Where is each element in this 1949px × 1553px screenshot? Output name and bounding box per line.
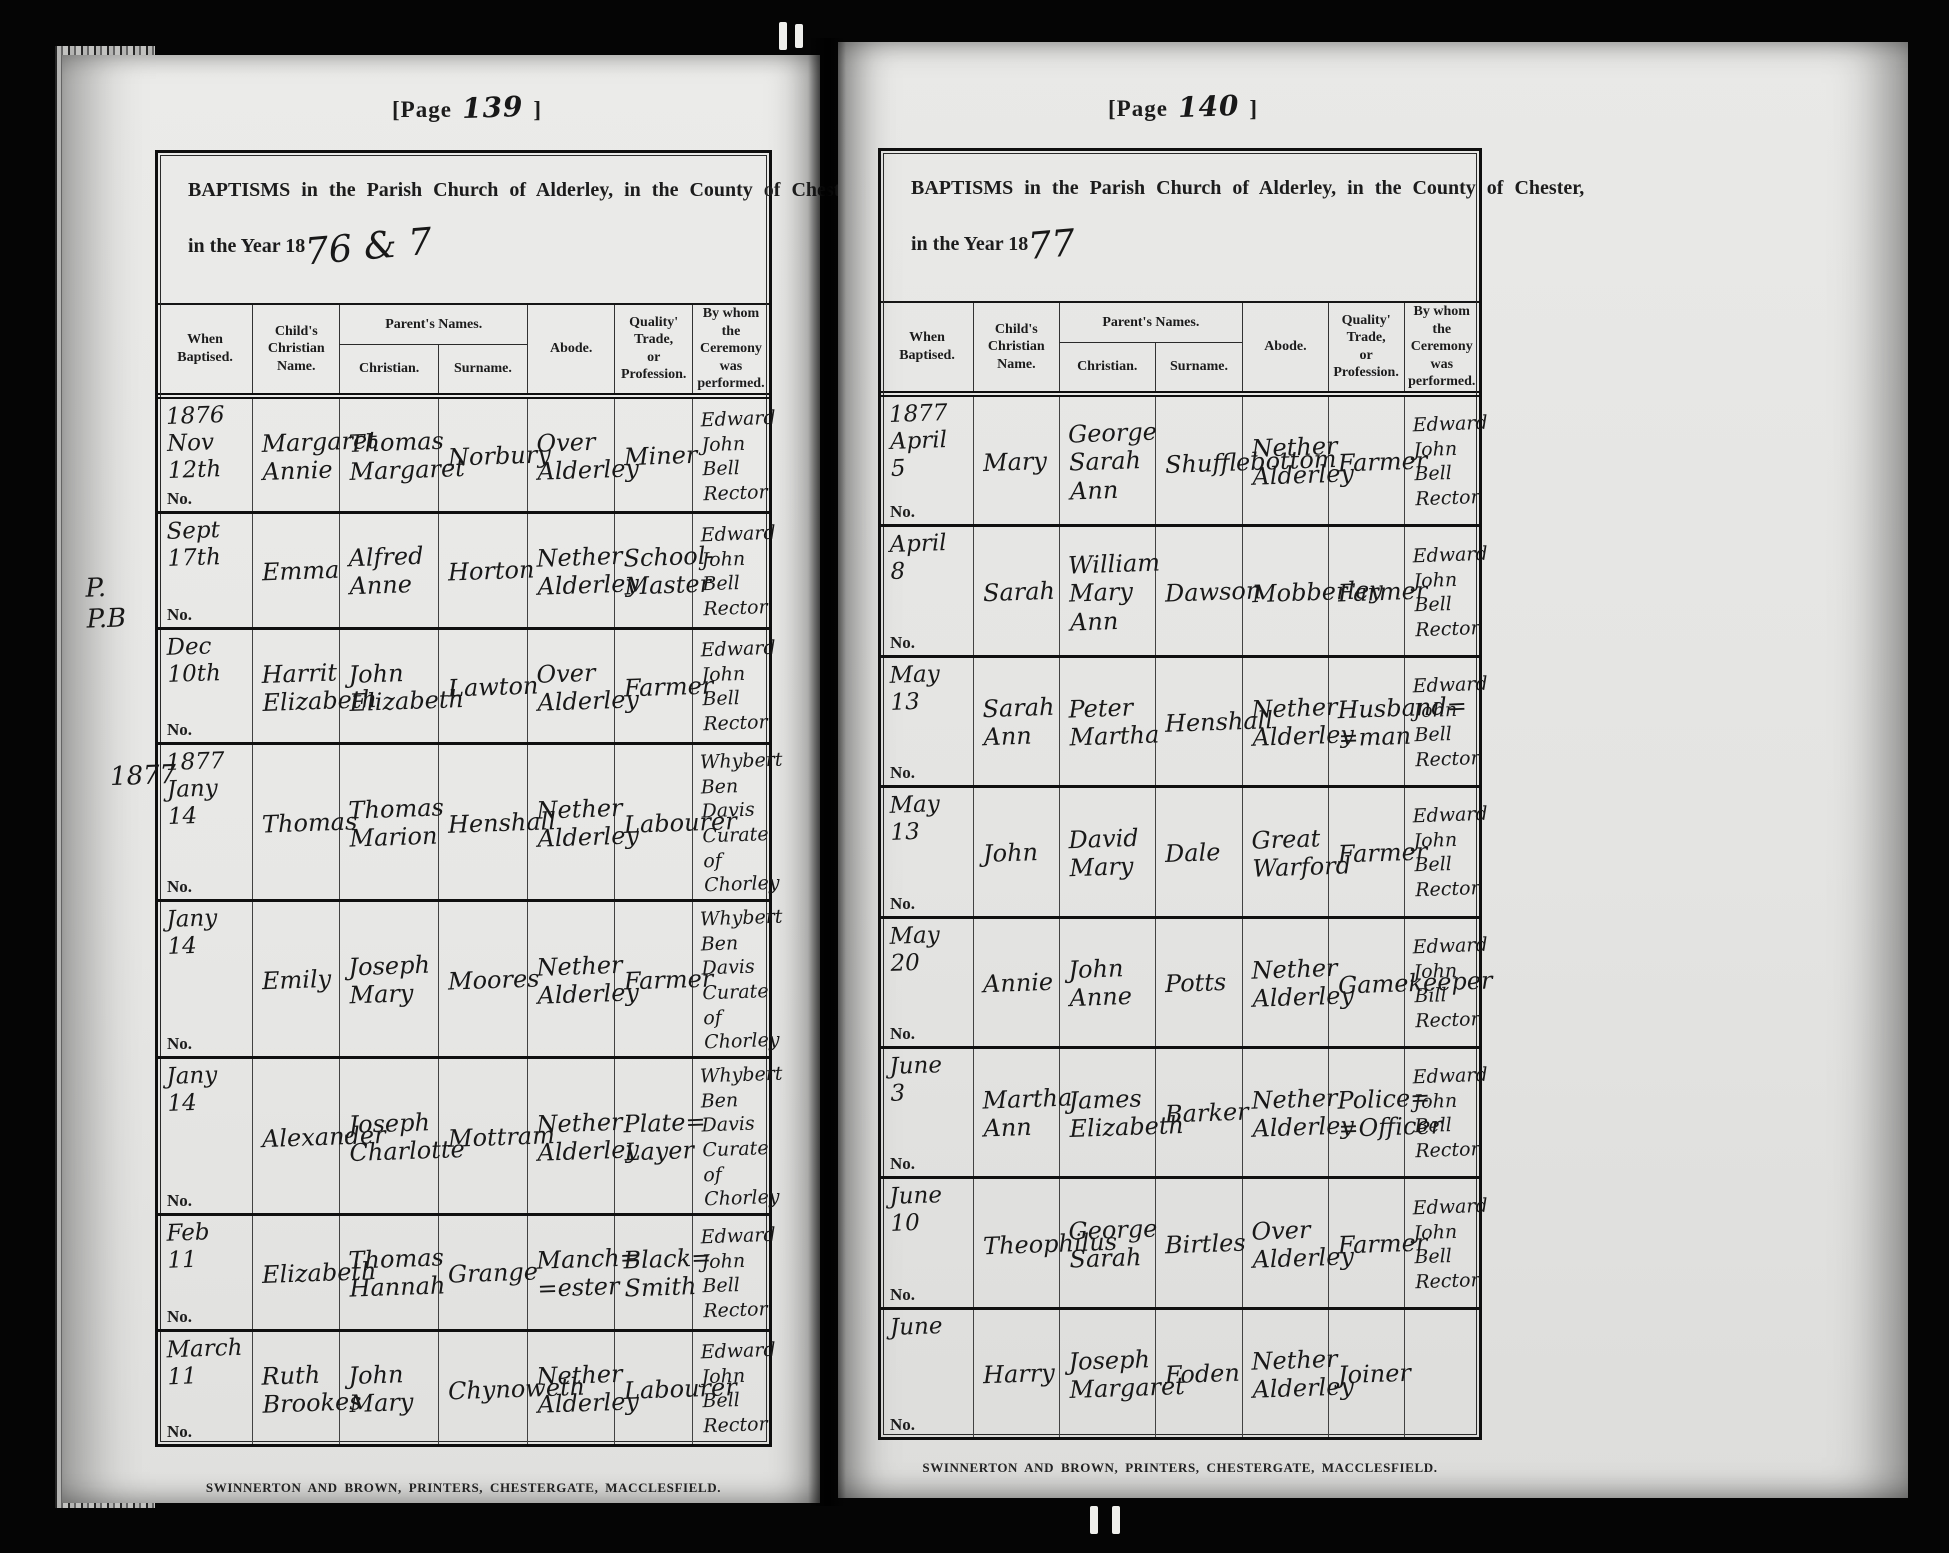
when-baptised-cell: Feb 11 No. bbox=[158, 1216, 252, 1328]
parent-surname-cell: Dale bbox=[1155, 788, 1242, 915]
child-name-cell: Alexander bbox=[252, 1059, 339, 1213]
printer-imprint-right: SWINNERTON AND BROWN, PRINTERS, CHESTERG… bbox=[878, 1460, 1482, 1476]
register-row: April 8 No. Sarah William Mary Ann Dawso… bbox=[881, 524, 1479, 654]
when-baptised-entry: 1876 Nov 12th bbox=[166, 402, 227, 485]
parent-christian-entry: Peter Martha bbox=[1068, 693, 1160, 753]
register-title: BAPTISMS in the Parish Church of Alderle… bbox=[911, 177, 1469, 200]
register-row: March 11 No. Ruth Brookes John Mary Chyn… bbox=[158, 1329, 769, 1444]
child-name-cell: Sarah Ann bbox=[973, 658, 1059, 785]
officiant-cell: Whybert Ben Davis Curate of Chorley bbox=[692, 1059, 769, 1213]
child-name-entry: Harry bbox=[983, 1359, 1056, 1390]
profession-cell: Black= Smith bbox=[614, 1216, 692, 1328]
no-label: No. bbox=[890, 1024, 915, 1044]
parent-surname-cell: Norbury bbox=[438, 399, 527, 511]
when-baptised-cell: Jany 14 No. bbox=[158, 1059, 252, 1213]
parent-surname-entry: Grange bbox=[447, 1258, 538, 1289]
parent-surname-entry: Foden bbox=[1164, 1359, 1240, 1390]
abode-cell: Nether Alderley bbox=[1242, 1310, 1328, 1437]
register-row: June 10 No. Theophilus George Sarah Birt… bbox=[881, 1176, 1479, 1306]
officiant-entry: Edward John Bell Rector bbox=[1412, 411, 1490, 512]
parent-christian-cell: George Sarah bbox=[1059, 1179, 1155, 1306]
parent-christian-entry: George Sarah Ann bbox=[1067, 418, 1159, 506]
parent-christian-cell: Joseph Mary bbox=[339, 902, 437, 1056]
parent-surname-entry: Norbury bbox=[447, 440, 551, 472]
abode-cell: Nether Alderley bbox=[527, 902, 614, 1056]
margin-note-1877: 1877 bbox=[109, 760, 176, 793]
parent-surname-cell: Dawson bbox=[1155, 527, 1242, 654]
no-label: No. bbox=[167, 1034, 192, 1054]
child-name-cell: Martha Ann bbox=[973, 1049, 1059, 1176]
child-name-entry: Mary bbox=[983, 446, 1048, 477]
when-baptised-entry: May 13 bbox=[889, 661, 941, 717]
abode-cell: Nether Alderley bbox=[527, 745, 614, 899]
baptism-table-left: BAPTISMS in the Parish Church of Alderle… bbox=[155, 150, 772, 1447]
parent-christian-cell: Thomas Marion bbox=[339, 745, 437, 899]
year-handwritten: 76 & 7 bbox=[304, 220, 434, 275]
child-name-entry: Thomas bbox=[262, 807, 358, 839]
page-number-handwritten: 139 bbox=[461, 90, 524, 125]
when-baptised-entry: March 11 bbox=[166, 1334, 244, 1391]
parent-surname-entry: Birtles bbox=[1164, 1228, 1246, 1259]
officiant-cell: Whybert Ben Davis Curate of Chorley bbox=[692, 745, 769, 899]
no-label: No. bbox=[167, 489, 192, 509]
register-row: Sept 17th No. Emma Alfred Anne Horton Ne… bbox=[158, 511, 769, 626]
profession-cell: Farmer bbox=[614, 630, 692, 742]
col-when-baptised: When Baptised. bbox=[158, 305, 252, 393]
baptism-table-right: BAPTISMS in the Parish Church of Alderle… bbox=[878, 148, 1482, 1440]
register-year-line: in the Year 1877 bbox=[911, 216, 1469, 260]
when-baptised-entry: May 20 bbox=[889, 922, 941, 978]
child-name-cell: Ruth Brookes bbox=[252, 1332, 339, 1444]
parent-christian-cell: John Elizabeth bbox=[339, 630, 437, 742]
register-row: June 3 No. Martha Ann James Elizabeth Ba… bbox=[881, 1046, 1479, 1176]
parent-christian-cell: John Mary bbox=[339, 1332, 437, 1444]
abode-cell: Nether Alderley bbox=[1242, 397, 1328, 524]
when-baptised-entry: June 3 bbox=[889, 1052, 943, 1108]
parent-surname-cell: Grange bbox=[438, 1216, 527, 1328]
parent-christian-cell: Alfred Anne bbox=[339, 514, 437, 626]
parent-christian-entry: John Mary bbox=[348, 1359, 414, 1418]
margin-note-pb: P. P.B bbox=[85, 572, 127, 635]
child-name-cell: Sarah bbox=[973, 527, 1059, 654]
when-baptised-cell: April 8 No. bbox=[881, 527, 973, 654]
profession-entry: Farmer bbox=[624, 964, 714, 995]
abode-cell: Nether Alderley bbox=[1242, 919, 1328, 1046]
abode-cell: Mobberley bbox=[1242, 527, 1328, 654]
parent-christian-cell: John Anne bbox=[1059, 919, 1155, 1046]
parent-christian-entry: George Sarah bbox=[1068, 1214, 1159, 1274]
officiant-entry: Edward John Bell Rector bbox=[700, 406, 778, 507]
profession-entry: Plate= Layer bbox=[623, 1108, 707, 1167]
parent-surname-cell: Horton bbox=[438, 514, 527, 626]
col-quality-trade: Quality' Trade, or Profession. bbox=[1328, 303, 1404, 391]
parent-surname-cell: Moores bbox=[438, 902, 527, 1056]
register-row: Feb 11 No. Elizabeth Thomas Hannah Grang… bbox=[158, 1213, 769, 1328]
officiant-entry: Whybert Ben Davis Curate of Chorley bbox=[699, 748, 787, 899]
officiant-entry: Edward John Bell Rector bbox=[1412, 1193, 1490, 1294]
profession-cell: Joiner bbox=[1328, 1310, 1404, 1437]
when-baptised-cell: June 10 No. bbox=[881, 1179, 973, 1306]
profession-cell: School- Master bbox=[614, 514, 692, 626]
title-word-baptisms: BAPTISMS bbox=[911, 177, 1013, 199]
parent-christian-entry: Alfred Anne bbox=[348, 542, 425, 601]
child-name-cell: Elizabeth bbox=[252, 1216, 339, 1328]
col-abode: Abode. bbox=[1242, 303, 1328, 391]
register-row: 1877 April 5 No. Mary George Sarah Ann S… bbox=[881, 395, 1479, 524]
child-name-cell: Emma bbox=[252, 514, 339, 626]
when-baptised-cell: Dec 10th No. bbox=[158, 630, 252, 742]
profession-cell: Farmer bbox=[1328, 788, 1404, 915]
parent-surname-cell: Birtles bbox=[1155, 1179, 1242, 1306]
profession-cell: Miner bbox=[614, 399, 692, 511]
when-baptised-cell: Jany 14 No. bbox=[158, 902, 252, 1056]
profession-cell: Farmer bbox=[1328, 527, 1404, 654]
parent-christian-entry: William Mary Ann bbox=[1067, 548, 1162, 636]
officiant-entry: Edward John Bell Rector bbox=[700, 1338, 778, 1439]
parent-surname-entry: Potts bbox=[1164, 968, 1226, 998]
no-label: No. bbox=[167, 605, 192, 625]
col-by-whom: By whom the Ceremony was performed. bbox=[692, 305, 769, 393]
year-printed: in the Year 18 bbox=[188, 235, 305, 257]
parent-christian-cell: Thomas Hannah bbox=[339, 1216, 437, 1328]
parent-christian-cell: James Elizabeth bbox=[1059, 1049, 1155, 1176]
when-baptised-cell: 1877 April 5 No. bbox=[881, 397, 973, 524]
child-name-cell: Harrit Elizabeth bbox=[252, 630, 339, 742]
column-headers: When Baptised. Child's Christian Name. P… bbox=[158, 303, 769, 395]
no-label: No. bbox=[890, 633, 915, 653]
parent-surname-cell: Barker bbox=[1155, 1049, 1242, 1176]
no-label: No. bbox=[167, 877, 192, 897]
parent-surname-cell: Chynoweth bbox=[438, 1332, 527, 1444]
when-baptised-cell: June 3 No. bbox=[881, 1049, 973, 1176]
parent-surname-cell: Henshall bbox=[1155, 658, 1242, 785]
officiant-cell: Edward John Bell Rector bbox=[692, 514, 769, 626]
when-baptised-cell: June No. bbox=[881, 1310, 973, 1437]
right-page: [Page140] BAPTISMS in the Parish Church … bbox=[838, 42, 1908, 1498]
profession-entry: Joiner bbox=[1337, 1359, 1411, 1390]
officiant-entry: Edward John Bell Rector bbox=[1412, 1063, 1490, 1164]
no-label: No. bbox=[167, 1422, 192, 1442]
col-by-whom: By whom the Ceremony was performed. bbox=[1404, 303, 1479, 391]
officiant-entry: Edward John Bill Rector bbox=[1412, 933, 1490, 1034]
parent-surname-cell: Potts bbox=[1155, 919, 1242, 1046]
officiant-cell: Edward John Bell Rector bbox=[1404, 788, 1479, 915]
title-word-baptisms: BAPTISMS bbox=[188, 179, 290, 201]
parent-christian-cell: Joseph Margaret bbox=[1059, 1310, 1155, 1437]
profession-cell: Labourer bbox=[614, 1332, 692, 1444]
parent-surname-entry: Barker bbox=[1164, 1098, 1249, 1129]
page-label-prefix: [Page bbox=[392, 97, 452, 122]
no-label: No. bbox=[167, 720, 192, 740]
profession-cell: Police= =Officer bbox=[1328, 1049, 1404, 1176]
abode-cell: Over Alderley bbox=[527, 399, 614, 511]
officiant-entry: Whybert Ben Davis Curate of Chorley bbox=[699, 905, 787, 1056]
when-baptised-entry: Jany 14 bbox=[166, 1062, 219, 1118]
col-abode: Abode. bbox=[527, 305, 614, 393]
col-parent-christian: Christian. bbox=[339, 345, 437, 393]
when-baptised-cell: March 11 No. bbox=[158, 1332, 252, 1444]
officiant-entry: Edward John Bell Rector bbox=[700, 636, 778, 737]
register-year-line: in the Year 1876 & 7 bbox=[188, 218, 759, 262]
when-baptised-entry: 1877 April 5 bbox=[889, 400, 950, 483]
child-name-cell: Emily bbox=[252, 902, 339, 1056]
register-row: 1877 Jany 14 No. Thomas Thomas Marion He… bbox=[158, 742, 769, 899]
parent-surname-cell: Mottram bbox=[438, 1059, 527, 1213]
register-rows-right: 1877 April 5 No. Mary George Sarah Ann S… bbox=[881, 395, 1479, 1437]
abode-cell: Over Alderley bbox=[527, 630, 614, 742]
abode-cell: Great Warford bbox=[1242, 788, 1328, 915]
profession-entry: Black= Smith bbox=[623, 1244, 713, 1304]
officiant-entry: Edward John Bell Rector bbox=[1412, 802, 1490, 903]
left-page: [Page139] BAPTISMS in the Parish Church … bbox=[62, 55, 820, 1503]
officiant-cell bbox=[1404, 1310, 1479, 1437]
when-baptised-entry: April 8 bbox=[889, 530, 948, 586]
officiant-cell: Edward John Bill Rector bbox=[1404, 919, 1479, 1046]
parent-christian-cell: George Sarah Ann bbox=[1059, 397, 1155, 524]
profession-cell: Husband= =man bbox=[1328, 658, 1404, 785]
officiant-cell: Edward John Bell Rector bbox=[1404, 658, 1479, 785]
profession-cell: Plate= Layer bbox=[614, 1059, 692, 1213]
abode-cell: Nether Alderley bbox=[527, 1332, 614, 1444]
col-when-baptised: When Baptised. bbox=[881, 303, 973, 391]
child-name-cell: Margaret Annie bbox=[252, 399, 339, 511]
profession-cell: Farmer bbox=[614, 902, 692, 1056]
child-name-entry: Ruth Brookes bbox=[261, 1359, 362, 1419]
officiant-cell: Edward John Bell Rector bbox=[692, 399, 769, 511]
profession-entry: Farmer bbox=[624, 671, 714, 702]
child-name-cell: Thomas bbox=[252, 745, 339, 899]
when-baptised-cell: May 13 No. bbox=[881, 658, 973, 785]
no-label: No. bbox=[890, 894, 915, 914]
parent-christian-cell: William Mary Ann bbox=[1059, 527, 1155, 654]
officiant-cell: Edward John Bell Rector bbox=[1404, 397, 1479, 524]
parent-christian-entry: John Anne bbox=[1068, 954, 1132, 1013]
col-childs-name: Child's Christian Name. bbox=[252, 305, 339, 393]
no-label: No. bbox=[890, 1415, 915, 1435]
no-label: No. bbox=[167, 1191, 192, 1211]
officiant-cell: Whybert Ben Davis Curate of Chorley bbox=[692, 902, 769, 1056]
printer-imprint-left: SWINNERTON AND BROWN, PRINTERS, CHESTERG… bbox=[155, 1480, 772, 1496]
page-label-prefix: [Page bbox=[1108, 96, 1168, 121]
title-rest: in the Parish Church of Alderley, in the… bbox=[301, 179, 861, 201]
parent-christian-entry: David Mary bbox=[1068, 823, 1140, 882]
child-name-entry: Annie bbox=[983, 968, 1054, 999]
no-label: No. bbox=[890, 1154, 915, 1174]
register-row: Jany 14 No. Emily Joseph Mary Moores Net… bbox=[158, 899, 769, 1056]
when-baptised-entry: June bbox=[890, 1313, 943, 1342]
child-name-entry: Martha Ann bbox=[982, 1084, 1074, 1144]
parent-surname-entry: Lawton bbox=[447, 671, 538, 702]
profession-cell: Farmer bbox=[1328, 1179, 1404, 1306]
parent-christian-cell: David Mary bbox=[1059, 788, 1155, 915]
when-baptised-entry: May 13 bbox=[889, 791, 941, 847]
parent-surname-cell: Shufflebottom bbox=[1155, 397, 1242, 524]
child-name-cell: Harry bbox=[973, 1310, 1059, 1437]
child-name-cell: Mary bbox=[973, 397, 1059, 524]
register-heading: BAPTISMS in the Parish Church of Alderle… bbox=[158, 153, 769, 303]
register-row: June No. Harry Joseph Margaret Foden Net… bbox=[881, 1307, 1479, 1437]
officiant-entry: Edward John Bell Rector bbox=[1412, 541, 1490, 642]
no-label: No. bbox=[890, 502, 915, 522]
col-childs-name: Child's Christian Name. bbox=[973, 303, 1059, 391]
abode-cell: Nether Alderley bbox=[1242, 658, 1328, 785]
register-row: May 13 No. Sarah Ann Peter Martha Hensha… bbox=[881, 655, 1479, 785]
profession-cell: Labourer bbox=[614, 745, 692, 899]
parent-surname-cell: Lawton bbox=[438, 630, 527, 742]
profession-entry: Miner bbox=[624, 441, 698, 472]
col-quality-trade: Quality' Trade, or Profession. bbox=[614, 305, 692, 393]
when-baptised-entry: Jany 14 bbox=[166, 905, 219, 961]
abode-cell: Manch= =ester bbox=[527, 1216, 614, 1328]
child-name-entry: Sarah bbox=[983, 577, 1056, 608]
col-parents-names: Parent's Names. bbox=[1059, 303, 1243, 343]
parent-christian-entry: Thomas Marion bbox=[348, 793, 445, 853]
register-row: May 13 No. John David Mary Dale Great Wa… bbox=[881, 785, 1479, 915]
when-baptised-cell: 1876 Nov 12th No. bbox=[158, 399, 252, 511]
page-label-suffix: ] bbox=[533, 97, 542, 122]
parent-surname-cell: Henshall bbox=[438, 745, 527, 899]
parent-christian-cell: Joseph Charlotte bbox=[339, 1059, 437, 1213]
col-parent-surname: Surname. bbox=[438, 345, 527, 393]
profession-cell: Farmer bbox=[1328, 397, 1404, 524]
abode-entry: Great Warford bbox=[1251, 823, 1351, 883]
parent-surname-cell: Foden bbox=[1155, 1310, 1242, 1437]
when-baptised-entry: June 10 bbox=[889, 1182, 943, 1238]
profession-cell: Gamekeeper bbox=[1328, 919, 1404, 1046]
abode-cell: Nether Alderley bbox=[527, 514, 614, 626]
parent-christian-entry: Thomas Hannah bbox=[348, 1244, 446, 1304]
officiant-cell: Edward John Bell Rector bbox=[1404, 527, 1479, 654]
child-name-cell: Theophilus bbox=[973, 1179, 1059, 1306]
parent-christian-entry: Joseph Mary bbox=[348, 950, 431, 1009]
when-baptised-entry: Feb 11 bbox=[166, 1220, 211, 1276]
year-printed: in the Year 18 bbox=[911, 233, 1028, 255]
register-row: Dec 10th No. Harrit Elizabeth John Eliza… bbox=[158, 627, 769, 742]
officiant-cell: Edward John Bell Rector bbox=[692, 1216, 769, 1328]
when-baptised-cell: May 13 No. bbox=[881, 788, 973, 915]
officiant-cell: Edward John Bell Rector bbox=[692, 1332, 769, 1444]
parent-christian-cell: Peter Martha bbox=[1059, 658, 1155, 785]
child-name-entry: Emily bbox=[262, 965, 332, 996]
parent-surname-entry: Dale bbox=[1164, 838, 1220, 868]
register-rows-left: 1876 Nov 12th No. Margaret Annie Thomas … bbox=[158, 397, 769, 1444]
when-baptised-entry: Dec 10th bbox=[166, 633, 221, 689]
page-number-handwritten: 140 bbox=[1177, 89, 1240, 124]
when-baptised-cell: May 20 No. bbox=[881, 919, 973, 1046]
when-baptised-entry: Sept 17th bbox=[166, 517, 221, 573]
register-title: BAPTISMS in the Parish Church of Alderle… bbox=[188, 179, 759, 202]
officiant-entry: Edward John Bell Rector bbox=[700, 1223, 778, 1324]
book-gutter-shadow bbox=[808, 38, 846, 1506]
title-rest: in the Parish Church of Alderley, in the… bbox=[1024, 177, 1584, 199]
child-name-entry: Emma bbox=[262, 556, 340, 587]
parent-surname-entry: Moores bbox=[447, 964, 539, 995]
officiant-cell: Edward John Bell Rector bbox=[692, 630, 769, 742]
child-name-entry: John bbox=[983, 838, 1039, 868]
page-label-left: [Page139] bbox=[392, 91, 542, 124]
abode-cell: Nether Alderley bbox=[527, 1059, 614, 1213]
register-row: May 20 No. Annie John Anne Potts Nether … bbox=[881, 916, 1479, 1046]
col-parent-surname: Surname. bbox=[1155, 343, 1242, 391]
parent-surname-entry: Horton bbox=[447, 556, 534, 587]
child-name-entry: Sarah Ann bbox=[982, 693, 1056, 752]
when-baptised-cell: Sept 17th No. bbox=[158, 514, 252, 626]
parent-surname-entry: Dawson bbox=[1164, 576, 1261, 608]
officiant-entry: Whybert Ben Davis Curate of Chorley bbox=[699, 1062, 787, 1213]
register-row: 1876 Nov 12th No. Margaret Annie Thomas … bbox=[158, 397, 769, 511]
child-name-cell: John bbox=[973, 788, 1059, 915]
register-heading: BAPTISMS in the Parish Church of Alderle… bbox=[881, 151, 1479, 301]
column-headers: When Baptised. Child's Christian Name. P… bbox=[881, 301, 1479, 393]
no-label: No. bbox=[890, 1285, 915, 1305]
abode-cell: Over Alderley bbox=[1242, 1179, 1328, 1306]
officiant-entry: Edward John Bell Rector bbox=[1412, 672, 1490, 773]
no-label: No. bbox=[890, 763, 915, 783]
parent-christian-cell: Thomas Margaret bbox=[339, 399, 437, 511]
baptism-register-scan: [Page139] BAPTISMS in the Parish Church … bbox=[0, 0, 1949, 1553]
abode-cell: Nether Alderley bbox=[1242, 1049, 1328, 1176]
col-parent-christian: Christian. bbox=[1059, 343, 1155, 391]
no-label: No. bbox=[167, 1307, 192, 1327]
register-row: Jany 14 No. Alexander Joseph Charlotte M… bbox=[158, 1056, 769, 1213]
officiant-entry: Edward John Bell Rector bbox=[700, 521, 778, 622]
year-handwritten: 77 bbox=[1026, 221, 1077, 269]
officiant-cell: Edward John Bell Rector bbox=[1404, 1049, 1479, 1176]
officiant-cell: Edward John Bell Rector bbox=[1404, 1179, 1479, 1306]
col-parents-names: Parent's Names. bbox=[339, 305, 527, 345]
page-label-right: [Page140] bbox=[1108, 90, 1258, 123]
page-label-suffix: ] bbox=[1249, 96, 1258, 121]
child-name-cell: Annie bbox=[973, 919, 1059, 1046]
